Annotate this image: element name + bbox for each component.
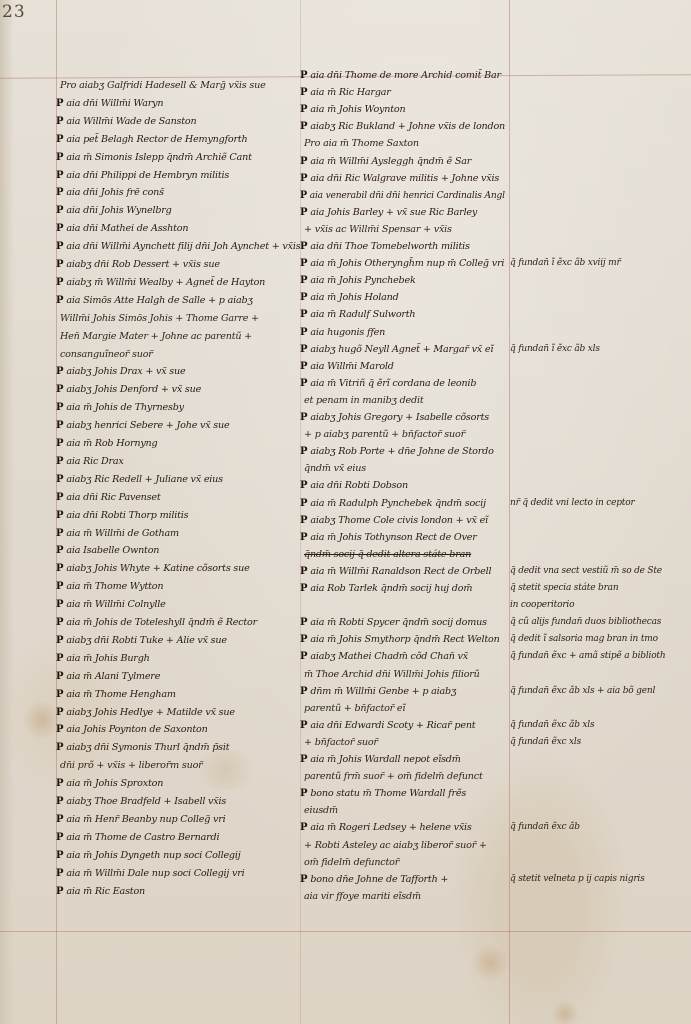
obit-entry: Paiabʒ henrici Sebere + Johe vx̃ sue [56, 420, 229, 431]
paraph-mark: P [300, 446, 307, 457]
entry-text: aia m̄ Johis Holand [310, 292, 398, 303]
paraph-mark: P [300, 190, 307, 201]
obit-entry: Paia Johis Poynton de Saxonton [56, 724, 208, 735]
right-column: Paia dn̄i Thome de more Archid comit̃ Ba… [300, 70, 691, 930]
obit-entry: Paiabʒ Ric Redell + Juliane vx̃ eius [56, 474, 223, 485]
obit-entry: Paia m̄ Johis Otheryngh̃m nup m̄ Colleg̃… [300, 258, 504, 269]
binding-edge [0, 0, 14, 1024]
entry-text: aia dn̄i Edwardi Scoty + Ricar̃ pent [310, 720, 475, 731]
paraph-mark: P [56, 617, 63, 628]
paraph-mark: P [56, 850, 63, 861]
paraph-mark: P [300, 361, 307, 372]
obit-entry: Paia dn̄i Johis Wynelbrg [56, 205, 172, 216]
entry-text: consanguĩneor̃ suor̃ [60, 349, 153, 360]
obit-entry: Paia m̄ Robti Spycer q̄ndm̄ socij domus [300, 617, 487, 628]
entry-text: aia dn̄i Johis frē cons̃ [66, 187, 164, 198]
entry-text: aia m̄ Johis de Thyrnesby [66, 402, 184, 413]
obit-entry: q̄ndm̄ vx̃ eius [304, 463, 366, 474]
margin-note: q̃ fundan̄ ẽxc xls [510, 737, 581, 747]
entry-text: aiabʒ Ric Redell + Juliane vx̃ eius [66, 474, 223, 485]
entry-text: om̄ fidelm̄ defunctor̃ [304, 857, 399, 868]
paraph-mark: P [56, 635, 63, 646]
entry-text: eiusdm̄ [304, 805, 338, 816]
margin-note: q̃ fundan̄ ẽxc ãb xls [510, 720, 594, 730]
entry-text: aia m̄ Rogeri Ledsey + helene vx̃is [310, 822, 471, 833]
paraph-mark: P [56, 98, 63, 109]
entry-text: aia dn̄i Mathei de Asshton [66, 223, 188, 234]
entry-text: aia m̄ Johis Sproxton [66, 778, 163, 789]
obit-entry: Paia Willm̄i Marold [300, 361, 394, 372]
margin-note: q̃ stetit specia státe bran [510, 583, 618, 593]
obit-entry: Paia m̄ Johis de Toteleshyll q̄ndm̄ ẽ Re… [56, 617, 257, 628]
entry-text: Hen̄ Margie Mater + Johne ac parentũ + [60, 331, 252, 342]
obit-entry: eiusdm̄ [304, 805, 338, 816]
paraph-mark: P [300, 498, 307, 509]
obit-entry: Pro aiabʒ Galfridi Hadesell & Marg̃ vx̃i… [60, 80, 266, 91]
entry-text: q̄ndm̄ vx̃ eius [304, 463, 366, 474]
obit-entry: Paia pet̄ Belagh Rector de Hemyngforth [56, 134, 248, 145]
entry-text: aia m̄ Ric Easton [66, 886, 145, 897]
obit-entry: Paia dn̄i Thome de more Archid comit̃ Ba… [300, 70, 501, 81]
obit-entry: Paia m̄ Johis Holand [300, 292, 399, 303]
obit-entry: Pro aia m̄ Thome Saxton [304, 138, 419, 149]
obit-entry: Pdn̄m m̄ Willm̄i Genbe + p aiabʒ [300, 686, 456, 697]
paraph-mark: P [56, 116, 63, 127]
obit-entry: Paiabʒ Johis Whyte + Katine cõsorts sue [56, 563, 250, 574]
entry-text: aia Willm̄i Marold [310, 361, 393, 372]
stain [550, 1000, 580, 1024]
obit-entry: Paia venerabil dn̄i dn̄i henrici Cardina… [300, 190, 505, 201]
paraph-mark: P [56, 528, 63, 539]
obit-entry: Paia dn̄i Ric Pavenset [56, 492, 161, 503]
obit-entry: Paia m̄ Radulph Pynchebek q̄ndm̄ socij [300, 498, 486, 509]
entry-text: aia dn̄i Ric Pavenset [66, 492, 160, 503]
obit-entry: q̄ndm̄ socij q̃ dedit altera státe bran [304, 549, 471, 560]
obit-entry: Paia m̄ Johis Wardall nepot eĩsdm̄ [300, 754, 461, 765]
entry-text: aia venerabil dn̄i dn̄i henrici Cardinal… [310, 190, 505, 201]
obit-entry: Paia m̄ Johis de Thyrnesby [56, 402, 184, 413]
obit-entry: Paia Simōs Atte Halgh de Salle + p aiabʒ [56, 295, 253, 306]
entry-text: parentũ frm̄ suor̃ + om̄ fidelm̄ defunct [304, 771, 483, 782]
obit-entry: Paia dn̄i Philippi de Hembryn militis [56, 170, 229, 181]
entry-text: aia dn̄i Ric Walgrave militis + Johne vx… [310, 173, 499, 184]
obit-entry: Paia m̄ Ric Easton [56, 886, 145, 897]
entry-text: aia m̄ Johis de Toteleshyll q̄ndm̄ ẽ Rec… [66, 617, 257, 628]
obit-entry: Willm̄i Johis Simōs Johis + Thome Garre … [60, 313, 259, 324]
paraph-mark: P [300, 566, 307, 577]
entry-text: q̄ndm̄ socij q̃ dedit altera státe bran [304, 549, 471, 560]
entry-text: aiabʒ Rob Porte + dn̄e Johne de Stordo [310, 446, 493, 457]
entry-text: aia m̄ Willm̄i Colnylle [66, 599, 165, 610]
entry-text: aia dn̄i Johis Wynelbrg [66, 205, 171, 216]
entry-text: aia m̄ Henr̃ Beanby nup Colleg̃ vri [66, 814, 225, 825]
entry-text: aia vir ffoye mariti eĩsdm̄ [304, 891, 421, 902]
paraph-mark: P [56, 510, 63, 521]
obit-entry: Paiabʒ Thoe Bradfeld + Isabell vx̃is [56, 796, 226, 807]
stain [470, 945, 510, 981]
entry-text: aiabʒ henrici Sebere + Johe vx̃ sue [66, 420, 229, 431]
entry-text: bono statu m̄ Thome Wardall frẽs [310, 788, 466, 799]
entry-text: aia m̄ Vitriñ q̃ ẽrĩ cordana de leonib [310, 378, 476, 389]
entry-text: aia dn̄i Philippi de Hembryn militis [66, 170, 229, 181]
entry-text: aiabʒ dn̄i Rob Dessert + vx̃is sue [66, 259, 219, 270]
obit-entry: Paia m̄ Willm̄i Colnylle [56, 599, 166, 610]
obit-entry: + vx̃is ac Willm̄i Spensar + vx̃is [304, 224, 452, 235]
entry-text: aiabʒ m̄ Willm̄i Wealby + Agnet̃ de Hayt… [66, 277, 265, 288]
obit-entry: Paiabʒ dn̄i Robti Tuke + Alie vx̃ sue [56, 635, 227, 646]
entry-text: dn̄i prõ + vx̃is + liberor̃m suor̃ [60, 760, 203, 771]
obit-entry: + bn̄factor̃ suor̃ [304, 737, 378, 748]
entry-text: aia m̄ Johis Smythorp q̄ndm̄ Rect Welton [310, 634, 499, 645]
entry-text: aia m̄ Willm̄i Aysleggh q̄ndm̄ ẽ Sar [310, 156, 471, 167]
obit-entry: aia vir ffoye mariti eĩsdm̄ [304, 891, 421, 902]
paraph-mark: P [300, 309, 307, 320]
obit-entry: Paiabʒ Ric Bukland + Johne vx̃is de lond… [300, 121, 505, 132]
entry-text: aia m̄ Johis Wardall nepot eĩsdm̄ [310, 754, 460, 765]
entry-text: aia m̄ Johis Dyngeth nup soci Collegij [66, 850, 240, 861]
obit-entry: Paia m̄ Rogeri Ledsey + helene vx̃is [300, 822, 472, 833]
entry-text: aiabʒ dn̄i Symonis Thurl q̄ndm̄ p̃sit [66, 742, 229, 753]
paraph-mark: P [300, 121, 307, 132]
obit-entry: Pbono statu m̄ Thome Wardall frẽs [300, 788, 466, 799]
entry-text: aiabʒ Johis Gregory + Isabelle cõsorts [310, 412, 489, 423]
paraph-mark: P [300, 87, 307, 98]
entry-text: aiabʒ Ric Bukland + Johne vx̃is de londo… [310, 121, 505, 132]
obit-entry: Paia Ric Drax [56, 456, 124, 467]
paraph-mark: P [56, 438, 63, 449]
paraph-mark: P [300, 378, 307, 389]
paraph-mark: P [56, 152, 63, 163]
paraph-mark: P [56, 545, 63, 556]
obit-entry: Paia dn̄i Mathei de Asshton [56, 223, 188, 234]
entry-text: bono dn̄e Johne de Tafforth + [310, 874, 448, 885]
obit-entry: consanguĩneor̃ suor̃ [60, 349, 153, 360]
obit-entry: et penam in manibʒ dedit [304, 395, 424, 406]
margin-note: q̃ dedit vna sect vestiũ m̄ so de Ste [510, 566, 662, 576]
entry-text: + p aiabʒ parentũ + bn̄factor̃ suor̃ [304, 429, 465, 440]
entry-text: aiabʒ Mathei Chadm̃ cõd Chan̄ vx̃ [310, 651, 468, 662]
obit-entry: Paia dn̄i Thoe Tomebelworth militis [300, 241, 470, 252]
obit-entry: Paiabʒ Rob Porte + dn̄e Johne de Stordo [300, 446, 494, 457]
obit-entry: dn̄i prõ + vx̃is + liberor̃m suor̃ [60, 760, 203, 771]
obit-entry: Paia m̄ Willm̄i Aysleggh q̄ndm̄ ẽ Sar [300, 156, 471, 167]
obit-entry: Paia dn̄i Robti Dobson [300, 480, 408, 491]
entry-text: aia Rob Tarlek q̄ndm̄ socij huj dom̄ [310, 583, 472, 594]
obit-entry: Hen̄ Margie Mater + Johne ac parentũ + [60, 331, 252, 342]
paraph-mark: P [300, 822, 307, 833]
margin-note: q̃ cũ alijs fundan̄ duos bibliothecas [510, 617, 661, 627]
paraph-mark: P [56, 868, 63, 879]
paraph-mark: P [300, 70, 307, 81]
obit-entry: Paia m̄ Thome Hengham [56, 689, 176, 700]
paraph-mark: P [56, 653, 63, 664]
obit-entry: Paiabʒ Johis Gregory + Isabelle cõsorts [300, 412, 489, 423]
obit-entry: Paia Isabelle Ownton [56, 545, 159, 556]
obit-entry: Paia m̄ Johis Burgh [56, 653, 150, 664]
paraph-mark: P [56, 581, 63, 592]
obit-entry: Paia hugonis ffen [300, 327, 385, 338]
paraph-mark: P [56, 886, 63, 897]
entry-text: aia Simōs Atte Halgh de Salle + p aiabʒ [66, 295, 252, 306]
ruling-bottom [0, 931, 691, 932]
obit-entry: Paia dn̄i Ric Walgrave militis + Johne v… [300, 173, 499, 184]
obit-entry: Paia m̄ Willm̄i Ranaldson Rect de Orbell [300, 566, 491, 577]
obit-entry: Paiabʒ dn̄i Symonis Thurl q̄ndm̄ p̃sit [56, 742, 229, 753]
paraph-mark: P [56, 599, 63, 610]
entry-text: aia m̄ Robti Spycer q̄ndm̄ socij domus [310, 617, 487, 628]
paraph-mark: P [300, 788, 307, 799]
entry-text: aia pet̄ Belagh Rector de Hemyngforth [66, 134, 247, 145]
entry-text: aia Johis Barley + vx̃ sue Ric Barley [310, 207, 477, 218]
entry-text: Pro aiabʒ Galfridi Hadesell & Marg̃ vx̃i… [60, 80, 266, 91]
paraph-mark: P [300, 275, 307, 286]
obit-entry: Paiabʒ Mathei Chadm̃ cõd Chan̄ vx̃ [300, 651, 468, 662]
entry-text: aiabʒ Thome Cole civis london + vx̃ eĩ [310, 515, 488, 526]
entry-text: aia m̄ Johis Tothynson Rect de Over [310, 532, 476, 543]
paraph-mark: P [300, 617, 307, 628]
obit-entry: Paia dn̄i Edwardi Scoty + Ricar̃ pent [300, 720, 475, 731]
obit-entry: Paiabʒ dn̄i Rob Dessert + vx̃is sue [56, 259, 220, 270]
paraph-mark: P [56, 492, 63, 503]
paraph-mark: P [300, 480, 307, 491]
margin-note: q̃ fundan̄ ẽxc ãb xls + aia bõ genl [510, 686, 655, 696]
paraph-mark: P [56, 259, 63, 270]
entry-text: aia dn̄i Thome de more Archid comit̃ Bar [310, 70, 501, 81]
entry-text: aia m̄ Johis Burgh [66, 653, 149, 664]
paraph-mark: P [56, 671, 63, 682]
obit-entry: Paiabʒ m̄ Willm̄i Wealby + Agnet̃ de Hay… [56, 277, 265, 288]
entry-text: aiabʒ Johis Hedlye + Matilde vx̃ sue [66, 707, 235, 718]
obit-entry: parentũ + bn̄factor̃ eĩ [304, 703, 405, 714]
margin-note: q̃ fundan̄ ĩ ẽxc ãb xviij mr̃ [510, 258, 621, 268]
entry-text: parentũ + bn̄factor̃ eĩ [304, 703, 405, 714]
paraph-mark: P [300, 327, 307, 338]
paraph-mark: P [300, 173, 307, 184]
paraph-mark: P [300, 258, 307, 269]
entry-text: aia Ric Drax [66, 456, 123, 467]
paraph-mark: P [300, 156, 307, 167]
obit-entry: Paia m̄ Willm̄i Dale nup soci Collegij v… [56, 868, 245, 879]
obit-entry: Paia m̄ Vitriñ q̃ ẽrĩ cordana de leonib [300, 378, 476, 389]
paraph-mark: P [56, 170, 63, 181]
paraph-mark: P [300, 515, 307, 526]
entry-text: aiabʒ dn̄i Robti Tuke + Alie vx̃ sue [66, 635, 227, 646]
paraph-mark: P [300, 651, 307, 662]
folio-number: 23 [2, 2, 26, 22]
paraph-mark: P [56, 402, 63, 413]
obit-entry: Paia m̄ Johis Tothynson Rect de Over [300, 532, 477, 543]
obit-entry: Paiabʒ Thome Cole civis london + vx̃ eĩ [300, 515, 488, 526]
entry-text: Willm̄i Johis Simōs Johis + Thome Garre … [60, 313, 259, 324]
margin-note: q̃ fundan̄ ẽxc ãb [510, 822, 580, 832]
entry-text: aia m̄ Willm̄i de Gotham [66, 528, 179, 539]
entry-text: aia hugonis ffen [310, 327, 385, 338]
entry-text: aia m̄ Ric Hargar [310, 87, 390, 98]
obit-entry: Paia dn̄i Willm̄i Waryn [56, 98, 163, 109]
entry-text: aia m̄ Willm̄i Ranaldson Rect de Orbell [310, 566, 491, 577]
entry-text: aiabʒ hugõ Neyll Agnet̃ + Margar̃ vx̃ eĩ [310, 344, 493, 355]
obit-entry: Paia m̄ Johis Dyngeth nup soci Collegij [56, 850, 241, 861]
entry-text: aia m̄ Thome Hengham [66, 689, 175, 700]
paraph-mark: P [300, 720, 307, 731]
paraph-mark: P [56, 742, 63, 753]
paraph-mark: P [56, 241, 63, 252]
obit-entry: Paia m̄ Alani Tylmere [56, 671, 160, 682]
paraph-mark: P [56, 187, 63, 198]
entry-text: + vx̃is ac Willm̄i Spensar + vx̃is [304, 224, 452, 235]
entry-text: aia m̄ Rob Hornyng [66, 438, 157, 449]
obit-entry: Paia m̄ Willm̄i de Gotham [56, 528, 179, 539]
paraph-mark: P [56, 456, 63, 467]
margin-note: q̃ stetit velneta p ij capis nigris [510, 874, 645, 884]
obit-entry: m̄ Thoe Archid dn̄i Willm̄i Johis filior… [304, 669, 480, 680]
obit-entry: Paia Johis Barley + vx̃ sue Ric Barley [300, 207, 477, 218]
entry-text: aia dn̄i Willm̄i Aynchett filij dn̄i Joh… [66, 241, 300, 252]
paraph-mark: P [56, 223, 63, 234]
entry-text: aia dn̄i Willm̄i Waryn [66, 98, 163, 109]
obit-entry: Paia Rob Tarlek q̄ndm̄ socij huj dom̄ [300, 583, 472, 594]
paraph-mark: P [300, 874, 307, 885]
paraph-mark: P [56, 563, 63, 574]
paraph-mark: P [56, 134, 63, 145]
paraph-mark: P [56, 724, 63, 735]
entry-text: aiabʒ Johis Denford + vx̃ sue [66, 384, 201, 395]
obit-entry: Paia m̄ Thome Wytton [56, 581, 163, 592]
paraph-mark: P [56, 689, 63, 700]
entry-text: m̄ Thoe Archid dn̄i Willm̄i Johis filior… [304, 669, 480, 680]
paraph-mark: P [300, 634, 307, 645]
obit-entry: Paia dn̄i Willm̄i Aynchett filij dn̄i Jo… [56, 241, 300, 252]
obit-entry: Paia m̄ Radulf Sulworth [300, 309, 415, 320]
entry-text: aia Johis Poynton de Saxonton [66, 724, 207, 735]
entry-text: aia m̄ Simonis Islepp q̄ndm̄ Archiẽ Cant [66, 152, 251, 163]
obit-entry: om̄ fidelm̄ defunctor̃ [304, 857, 399, 868]
entry-text: aia m̄ Johis Pynchebek [310, 275, 415, 286]
entry-text: aia Willm̄i Wade de Sanston [66, 116, 196, 127]
paraph-mark: P [300, 532, 307, 543]
paraph-mark: P [300, 344, 307, 355]
obit-entry: Paiabʒ Johis Hedlye + Matilde vx̃ sue [56, 707, 235, 718]
entry-text: aia m̄ Radulf Sulworth [310, 309, 415, 320]
obit-entry: Paia m̄ Thome de Castro Bernardi [56, 832, 219, 843]
paraph-mark: P [300, 241, 307, 252]
entry-text: aia m̄ Willm̄i Dale nup soci Collegij vr… [66, 868, 244, 879]
paraph-mark: P [56, 384, 63, 395]
paraph-mark: P [300, 412, 307, 423]
obit-entry: Paiabʒ Johis Drax + vx̃ sue [56, 366, 186, 377]
obit-entry: parentũ frm̄ suor̃ + om̄ fidelm̄ defunct [304, 771, 483, 782]
obit-entry: Paia m̄ Rob Hornyng [56, 438, 157, 449]
paraph-mark: P [56, 796, 63, 807]
entry-text: aia dn̄i Robti Dobson [310, 480, 408, 491]
margin-note: q̃ dedit ĩ salsoria mag bran in tmo [510, 634, 658, 644]
paraph-mark: P [56, 814, 63, 825]
entry-text: aia m̄ Johis Woynton [310, 104, 405, 115]
obit-entry: Paia m̄ Johis Woynton [300, 104, 405, 115]
obit-entry: + Robti Asteley ac aiabʒ liberor̃ suor̃ … [304, 840, 487, 851]
obit-entry: Paia m̄ Johis Sproxton [56, 778, 163, 789]
entry-text: aia Isabelle Ownton [66, 545, 159, 556]
paraph-mark: P [56, 474, 63, 485]
obit-entry: Paia dn̄i Johis frē cons̃ [56, 187, 164, 198]
entry-text: aia m̄ Thome de Castro Bernardi [66, 832, 219, 843]
entry-text: aia dn̄i Thoe Tomebelworth militis [310, 241, 469, 252]
margin-note: nr̃ q̃ dedit vni lecto in ceptor [510, 498, 635, 508]
paraph-mark: P [56, 277, 63, 288]
entry-text: Pro aia m̄ Thome Saxton [304, 138, 419, 149]
obit-entry: Paia m̄ Ric Hargar [300, 87, 391, 98]
paraph-mark: P [56, 420, 63, 431]
paraph-mark: P [56, 295, 63, 306]
left-column: Pro aiabʒ Galfridi Hadesell & Marg̃ vx̃i… [56, 80, 301, 930]
entry-text: et penam in manibʒ dedit [304, 395, 424, 406]
entry-text: aia m̄ Thome Wytton [66, 581, 163, 592]
entry-text: aia dn̄i Robti Thorp militis [66, 510, 188, 521]
entry-text: dn̄m m̄ Willm̄i Genbe + p aiabʒ [310, 686, 456, 697]
paraph-mark: P [56, 778, 63, 789]
obit-entry: Paia dn̄i Robti Thorp militis [56, 510, 188, 521]
obit-entry: Paia m̄ Johis Smythorp q̄ndm̄ Rect Welto… [300, 634, 500, 645]
entry-text: aiabʒ Johis Whyte + Katine cõsorts sue [66, 563, 249, 574]
paraph-mark: P [300, 104, 307, 115]
obit-entry: Paia m̄ Johis Pynchebek [300, 275, 416, 286]
obit-entry: Paia Willm̄i Wade de Sanston [56, 116, 197, 127]
entry-text: aiabʒ Johis Drax + vx̃ sue [66, 366, 185, 377]
entry-text: aia m̄ Alani Tylmere [66, 671, 160, 682]
obit-entry: Paiabʒ Johis Denford + vx̃ sue [56, 384, 201, 395]
paraph-mark: P [56, 205, 63, 216]
paraph-mark: P [300, 292, 307, 303]
entry-text: + bn̄factor̃ suor̃ [304, 737, 378, 748]
obit-entry: Pbono dn̄e Johne de Tafforth + [300, 874, 448, 885]
obit-entry: Paia m̄ Henr̃ Beanby nup Colleg̃ vri [56, 814, 225, 825]
margin-note: q̃ fundan̄ ẽxc + amã stipẽ a biblioth [510, 651, 665, 661]
paraph-mark: P [56, 366, 63, 377]
obit-entry: Paiabʒ hugõ Neyll Agnet̃ + Margar̃ vx̃ e… [300, 344, 493, 355]
entry-text: aia m̄ Johis Otheryngh̃m nup m̄ Colleg̃ … [310, 258, 504, 269]
margin-note: in cooperitorio [510, 600, 574, 610]
entry-text: aiabʒ Thoe Bradfeld + Isabell vx̃is [66, 796, 226, 807]
obit-entry: + p aiabʒ parentũ + bn̄factor̃ suor̃ [304, 429, 465, 440]
paraph-mark: P [300, 207, 307, 218]
entry-text: aia m̄ Radulph Pynchebek q̄ndm̄ socij [310, 498, 486, 509]
paraph-mark: P [300, 583, 307, 594]
paraph-mark: P [300, 754, 307, 765]
paraph-mark: P [300, 686, 307, 697]
paraph-mark: P [56, 707, 63, 718]
paraph-mark: P [56, 832, 63, 843]
entry-text: + Robti Asteley ac aiabʒ liberor̃ suor̃ … [304, 840, 487, 851]
obit-entry: Paia m̄ Simonis Islepp q̄ndm̄ Archiẽ Can… [56, 152, 252, 163]
margin-note: q̃ fundan̄ ĩ ẽxc ãb xls [510, 344, 600, 354]
